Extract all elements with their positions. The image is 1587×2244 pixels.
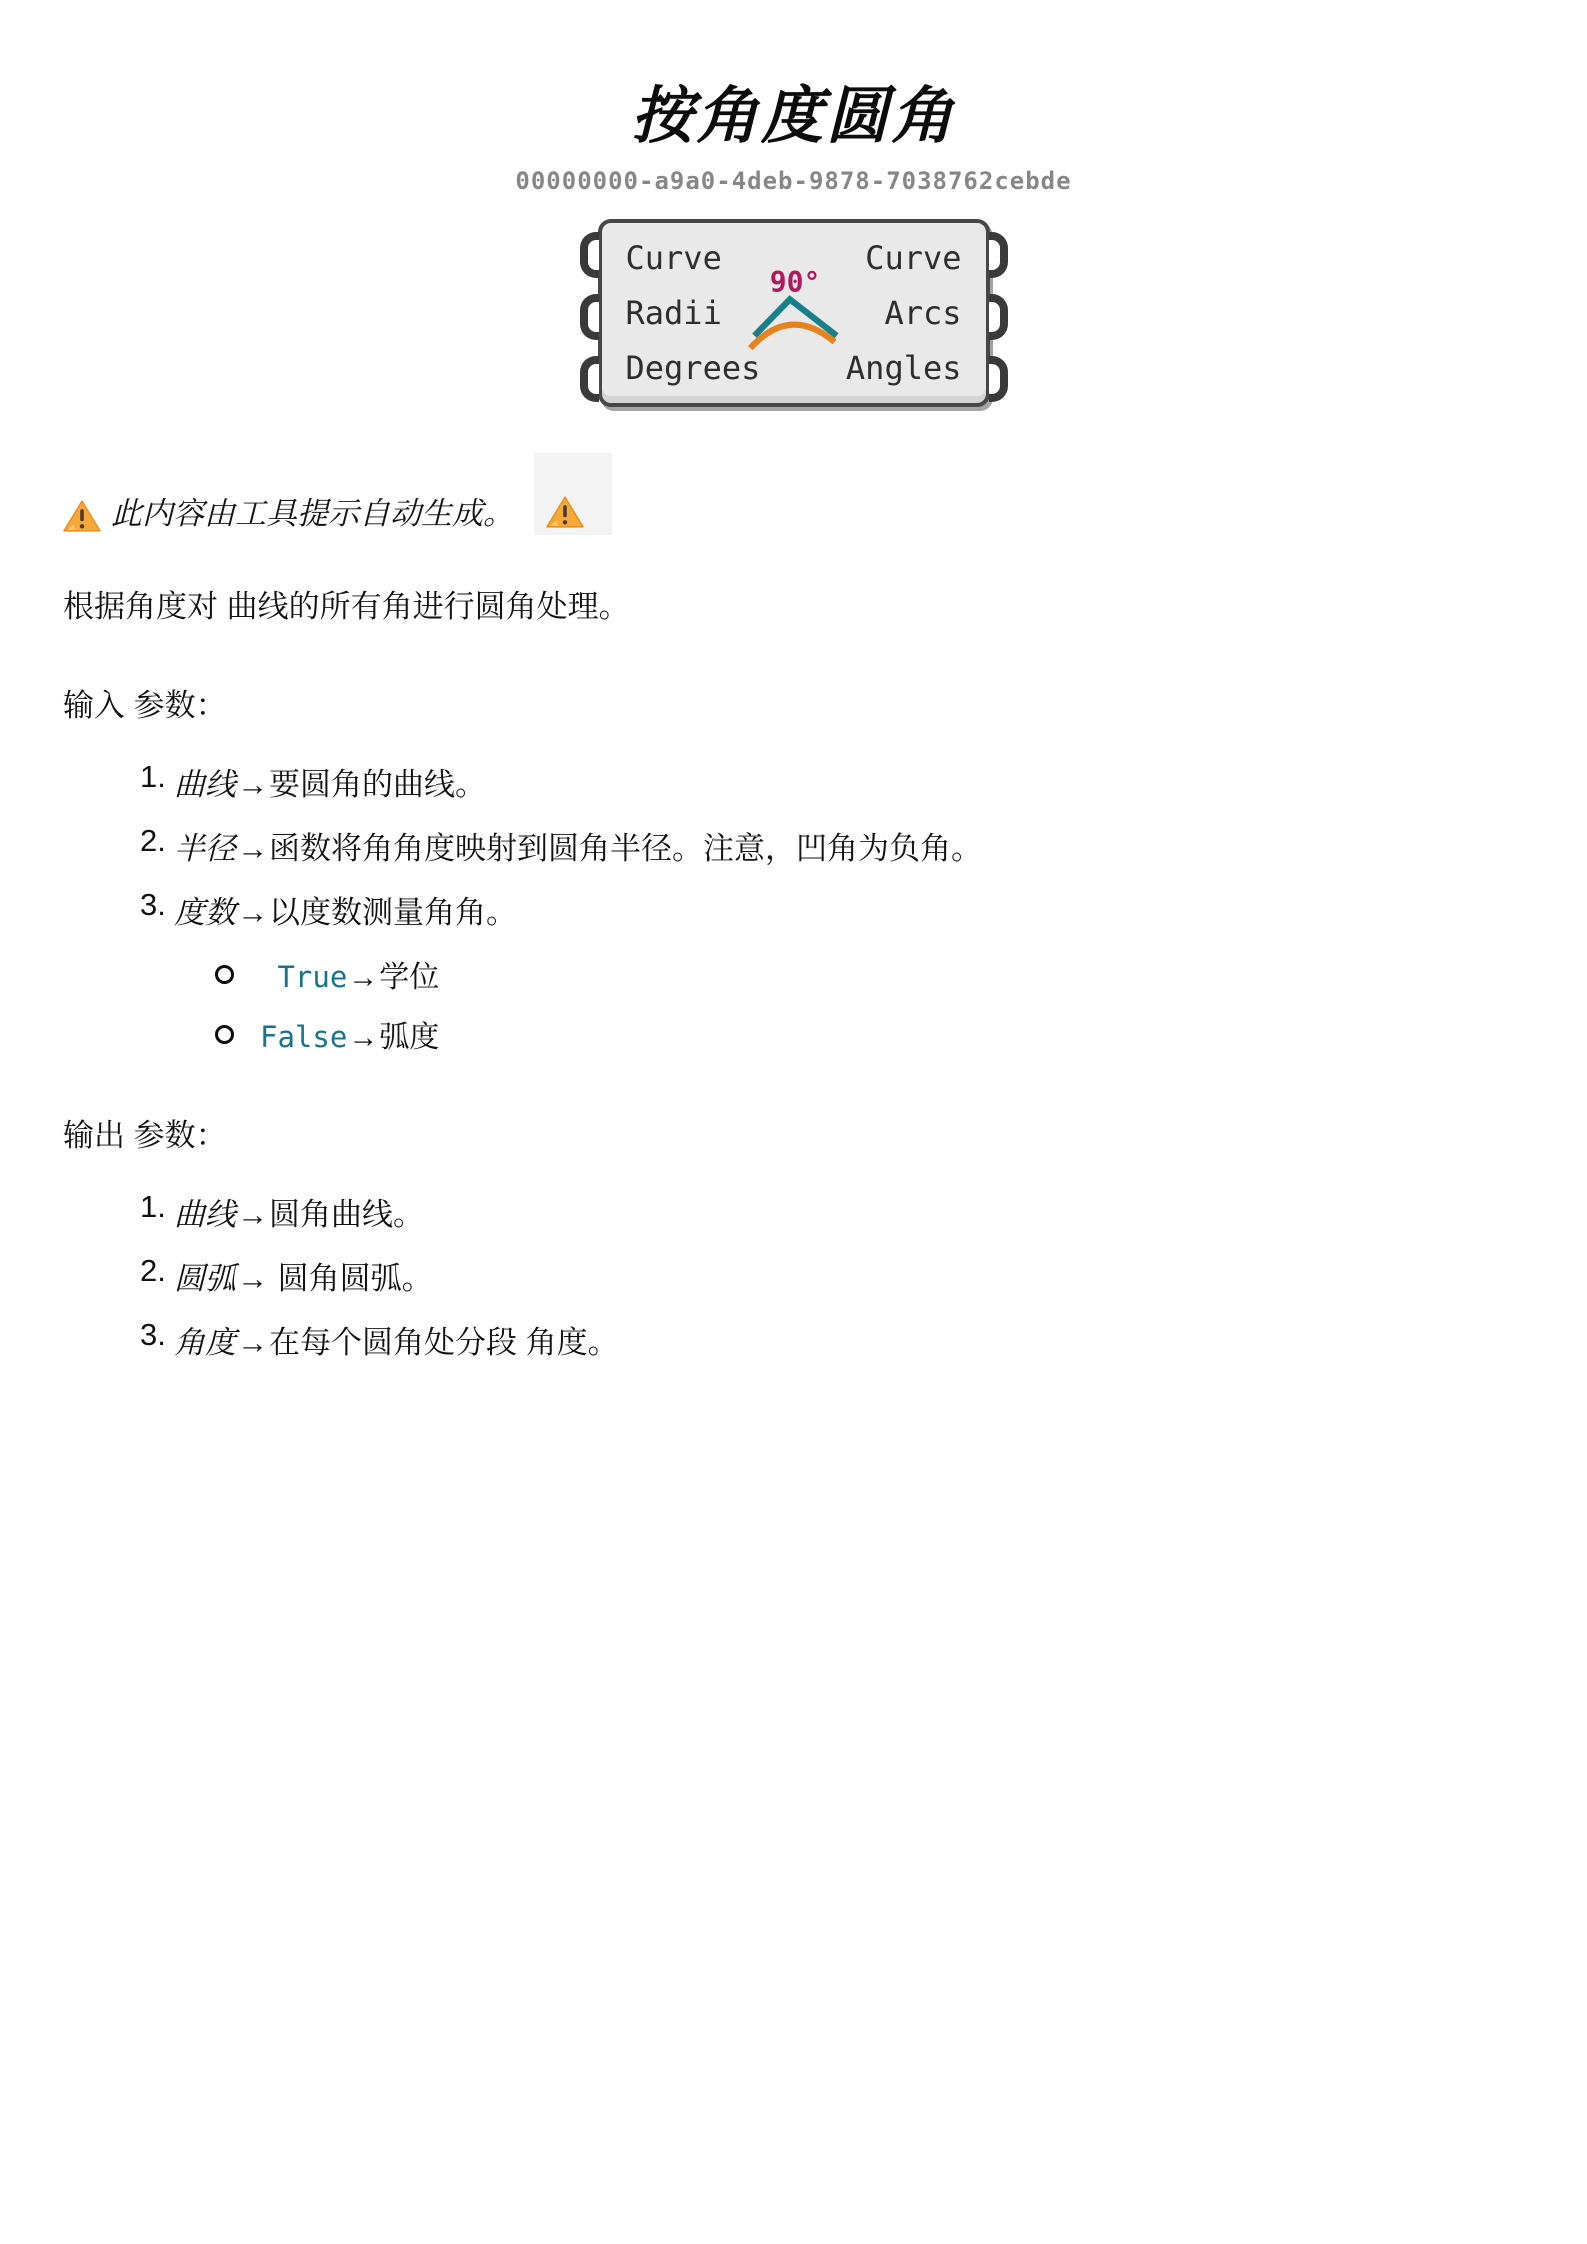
param-name: 度数	[174, 895, 236, 930]
input-port-radii[interactable]	[580, 294, 599, 340]
output-label-angles: Angles	[846, 349, 962, 387]
param-desc: 函数将角角度映射到圆角半径。注意，凹角为负角。	[269, 831, 982, 866]
output-port-arcs[interactable]	[989, 294, 1008, 340]
fillet-by-angle-icon: 90°	[742, 266, 846, 370]
param-desc: 圆角曲线。	[269, 1197, 424, 1232]
param-desc: 在每个圆角处分段 角度。	[269, 1325, 619, 1360]
list-item: 1. 曲线→圆角曲线。	[140, 1189, 1587, 1234]
warning-icon	[63, 499, 101, 533]
param-name: 角度	[174, 1325, 236, 1360]
option-desc: 学位	[379, 961, 439, 994]
auto-generated-notice: 此内容由工具提示自动生成。	[63, 453, 1587, 535]
input-label-curve: Curve	[626, 239, 722, 277]
item-number: 3.	[140, 1317, 174, 1362]
list-item: 2. 圆弧→ 圆角圆弧。	[140, 1253, 1587, 1298]
item-number: 2.	[140, 1253, 174, 1298]
output-label-arcs: Arcs	[884, 294, 961, 332]
param-name: 半径	[174, 831, 236, 866]
list-item: 1. 曲线→要圆角的曲线。	[140, 759, 1587, 804]
circle-bullet-icon	[215, 965, 234, 984]
code-value: True	[260, 960, 347, 994]
arrow: →	[237, 1325, 268, 1360]
param-name: 圆弧	[174, 1261, 236, 1296]
param-name: 曲线	[174, 767, 236, 802]
arrow: →	[237, 831, 268, 866]
icon-angle-label: 90°	[769, 266, 820, 299]
inputs-list: 1. 曲线→要圆角的曲线。 2. 半径→函数将角角度映射到圆角半径。注意，凹角为…	[0, 759, 1587, 932]
list-item: True→学位	[215, 952, 1587, 996]
arrow: →	[237, 1261, 268, 1296]
option-desc: 弧度	[379, 1021, 439, 1054]
item-number: 3.	[140, 887, 174, 932]
arrow: →	[348, 1021, 378, 1054]
param-name: 曲线	[174, 1197, 236, 1232]
arrow: →	[348, 961, 378, 994]
notice-text: 此内容由工具提示自动生成。	[111, 488, 514, 533]
input-label-degrees: Degrees	[626, 349, 761, 387]
inputs-heading: 输入 参数：	[63, 680, 1587, 725]
item-number: 2.	[140, 823, 174, 868]
output-port-curve[interactable]	[989, 232, 1008, 278]
component-uuid: 00000000-a9a0-4deb-9878-7038762cebde	[0, 167, 1587, 195]
param-desc: 圆角圆弧。	[269, 1261, 433, 1296]
code-value: False	[260, 1020, 347, 1054]
warning-icon	[546, 495, 584, 529]
warning-icon-placeholder	[534, 453, 612, 535]
outputs-list: 1. 曲线→圆角曲线。 2. 圆弧→ 圆角圆弧。 3. 角度→在每个圆角处分段 …	[0, 1189, 1587, 1362]
circle-bullet-icon	[215, 1025, 234, 1044]
outputs-heading: 输出 参数：	[63, 1110, 1587, 1155]
list-item: 3. 角度→在每个圆角处分段 角度。	[140, 1317, 1587, 1362]
component-diagram: Curve Curve Radii Arcs Degrees Angles 90…	[0, 219, 1587, 407]
input-port-degrees[interactable]	[580, 356, 599, 402]
arrow: →	[237, 895, 268, 930]
param-desc: 以度数测量角角。	[269, 895, 517, 930]
arrow: →	[237, 1197, 268, 1232]
item-number: 1.	[140, 759, 174, 804]
degrees-options-list: True→学位 False→弧度	[0, 952, 1587, 1056]
output-port-angles[interactable]	[989, 356, 1008, 402]
list-item: 3. 度数→以度数测量角角。	[140, 887, 1587, 932]
item-number: 1.	[140, 1189, 174, 1234]
page-title: 按角度圆角	[0, 66, 1587, 155]
component-description: 根据角度对 曲线的所有角进行圆角处理。	[63, 581, 1587, 626]
list-item: 2. 半径→函数将角角度映射到圆角半径。注意，凹角为负角。	[140, 823, 1587, 868]
param-desc: 要圆角的曲线。	[269, 767, 486, 802]
grasshopper-component: Curve Curve Radii Arcs Degrees Angles 90…	[598, 219, 990, 407]
list-item: False→弧度	[215, 1012, 1587, 1056]
input-port-curve[interactable]	[580, 232, 599, 278]
input-label-radii: Radii	[626, 294, 722, 332]
output-label-curve: Curve	[865, 239, 961, 277]
arrow: →	[237, 767, 268, 802]
